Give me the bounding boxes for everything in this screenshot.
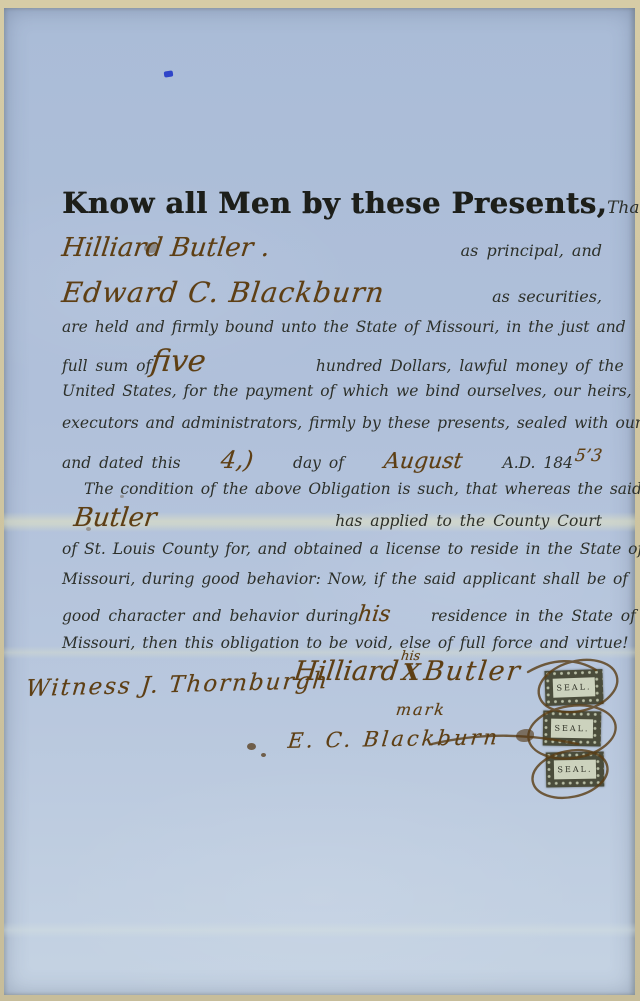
- principal-signature-first: Hilliard: [292, 656, 400, 687]
- body-line-2-pre: full sum of: [62, 357, 151, 375]
- scanned-bond-document: { "heading": { "blackletter": "Know all …: [0, 0, 640, 1001]
- condition-line-4: Missouri, during good behavior: Now, if …: [62, 570, 602, 588]
- body-line-2-post: hundred Dollars, lawful money of the: [316, 357, 624, 375]
- body-line-4: executors and administrators, firmly by …: [62, 414, 602, 432]
- securities-row: Edward C. Blackburn as securities,: [62, 276, 602, 309]
- day-of-label: day of: [293, 454, 344, 472]
- year-handwriting: 5’3: [574, 446, 604, 466]
- ad-year-label: A.D. 1845’3: [503, 453, 602, 473]
- securities-name-handwriting: Edward C. Blackburn: [60, 276, 387, 309]
- wax-seal-3: SEAL.: [546, 751, 605, 787]
- body-line-3: United States, for the payment of which …: [62, 382, 602, 400]
- paper-texture: [4, 8, 635, 995]
- condition-line-1: The condition of the above Obligation is…: [84, 480, 602, 498]
- day-handwriting: 4,): [219, 446, 255, 474]
- body-line-5: and dated this 4,) day of August A.D. 18…: [62, 446, 602, 474]
- ad-printed: A.D. 184: [503, 454, 573, 472]
- condition-line-3: of St. Louis County for, and obtained a …: [62, 540, 602, 558]
- principal-label: as principal, and: [461, 241, 602, 260]
- condition-line-5-post: residence in the State of: [431, 607, 636, 625]
- heading-that-we: That We.: [607, 198, 640, 218]
- securities-label: as securities,: [492, 287, 602, 306]
- condition-line-6-text: Missouri, then this obligation to be voi…: [62, 634, 629, 652]
- paper-sheet: [4, 8, 635, 995]
- blue-ink-dot: [164, 70, 174, 77]
- ink-spot-2: [261, 753, 266, 757]
- sum-handwriting: five: [149, 344, 208, 379]
- security-signature: E. C. Blackburn: [288, 725, 500, 753]
- month-handwriting: August: [382, 449, 464, 474]
- ink-smudge-name: [144, 243, 158, 253]
- mark-word: mark: [396, 700, 446, 719]
- body-line-1: are held and firmly bound unto the State…: [62, 318, 602, 336]
- ink-spot-1: [247, 743, 256, 750]
- his-mark-stack: his X: [401, 649, 420, 682]
- ink-speck-1: [86, 527, 91, 531]
- wax-seal-2: SEAL.: [543, 710, 602, 746]
- principal-signature: Hilliard his X Butler: [294, 655, 521, 688]
- condition-line-5-pre: good character and behavior during: [62, 607, 358, 625]
- ink-speck-2: [120, 495, 124, 498]
- security-signature-text: E. C. Blackburn: [287, 725, 502, 753]
- body-line-4-text: executors and administrators, firmly by …: [62, 414, 640, 432]
- seal-label-3: SEAL.: [554, 760, 596, 780]
- body-line-1-text: are held and firmly bound unto the State…: [62, 318, 626, 336]
- dated-this-label: and dated this: [62, 454, 181, 472]
- condition-line-1-text: The condition of the above Obligation is…: [84, 480, 640, 498]
- his-handwriting: his: [357, 602, 393, 627]
- condition-line-5: good character and behavior during his r…: [62, 602, 602, 627]
- principal-row: Hilliard Butler . as principal, and: [62, 233, 602, 263]
- principal-signature-last: Butler: [422, 656, 523, 687]
- seal-label-2: SEAL.: [551, 719, 593, 739]
- condition-line-6: Missouri, then this obligation to be voi…: [62, 634, 602, 652]
- heading-blackletter: Know all Men by these Presents,: [62, 186, 607, 220]
- mark-word-text: mark: [395, 700, 447, 719]
- heading-row: Know all Men by these Presents, That We.: [62, 186, 602, 220]
- condition-line-2: Butler has applied to the County Court: [74, 503, 602, 533]
- wax-seal-1: SEAL.: [544, 669, 603, 706]
- body-line-3-text: United States, for the payment of which …: [62, 382, 632, 400]
- seal-label-1: SEAL.: [553, 677, 596, 697]
- x-mark: X: [401, 664, 421, 682]
- condition-line-3-text: of St. Louis County for, and obtained a …: [62, 540, 640, 558]
- body-line-2: full sum of five hundred Dollars, lawful…: [62, 344, 602, 379]
- condition-line-4-text: Missouri, during good behavior: Now, if …: [62, 570, 628, 588]
- principal-name-handwriting: Hilliard Butler .: [60, 233, 271, 263]
- condition-line-2-text: has applied to the County Court: [335, 512, 602, 530]
